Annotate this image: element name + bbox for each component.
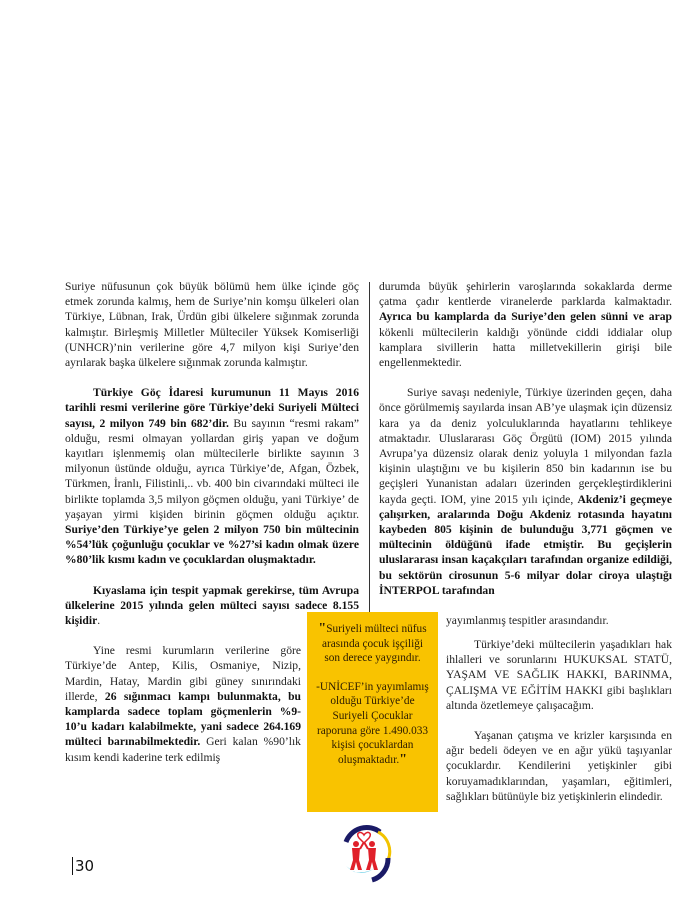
quote-source: -UNİCEF’in yayımlamış olduğu Türkiye’de …	[313, 680, 432, 768]
paragraph-children-burden: Yaşanan çatışma ve krizler karşısında en…	[446, 728, 672, 804]
page-number: 30	[72, 857, 94, 875]
paragraph-syria-population: Suriye nüfusunun çok büyük bölümü hem ül…	[65, 279, 359, 370]
right-lower-column: Türkiye’deki mültecilerin yaşadıkları ha…	[446, 637, 672, 804]
paragraph-turkey-migration: Türkiye Göç İdaresi kurumunun 11 Mayıs 2…	[65, 385, 359, 567]
column-divider	[369, 282, 370, 618]
children-heart-dove-logo-icon	[332, 822, 396, 886]
paragraph-continuation: yayımlanmış tespitler arasındandır.	[446, 613, 609, 628]
paragraph-rights-violations: Türkiye’deki mültecilerin yaşadıkları ha…	[446, 637, 672, 713]
bold-children-women: Suriye’den Türkiye’ye gelen 2 milyon 750…	[65, 523, 359, 566]
right-column: durumda büyük şehirlerin varoşlarında so…	[379, 279, 672, 598]
bold-sunni-arab: Ayrıca bu kamplarda da Suriye’den gelen …	[379, 310, 672, 323]
bold-deaths-interpol: Akdeniz’i geçmeye çalışırken, aralarında…	[379, 493, 672, 597]
paragraph-camps: Yine resmi kurumların verilerine göre Tü…	[65, 643, 301, 765]
pull-quote-box: "Suriyeli mülteci nüfus arasında çocuk i…	[307, 612, 438, 812]
paragraph-mediterranean: Suriye savaşı nedeniyle, Türkiye üzerind…	[379, 385, 672, 598]
paragraph-urban-refugees: durumda büyük şehirlerin varoşlarında so…	[379, 279, 672, 370]
quote-text: "Suriyeli mülteci nüfus arasında çocuk i…	[313, 622, 432, 666]
